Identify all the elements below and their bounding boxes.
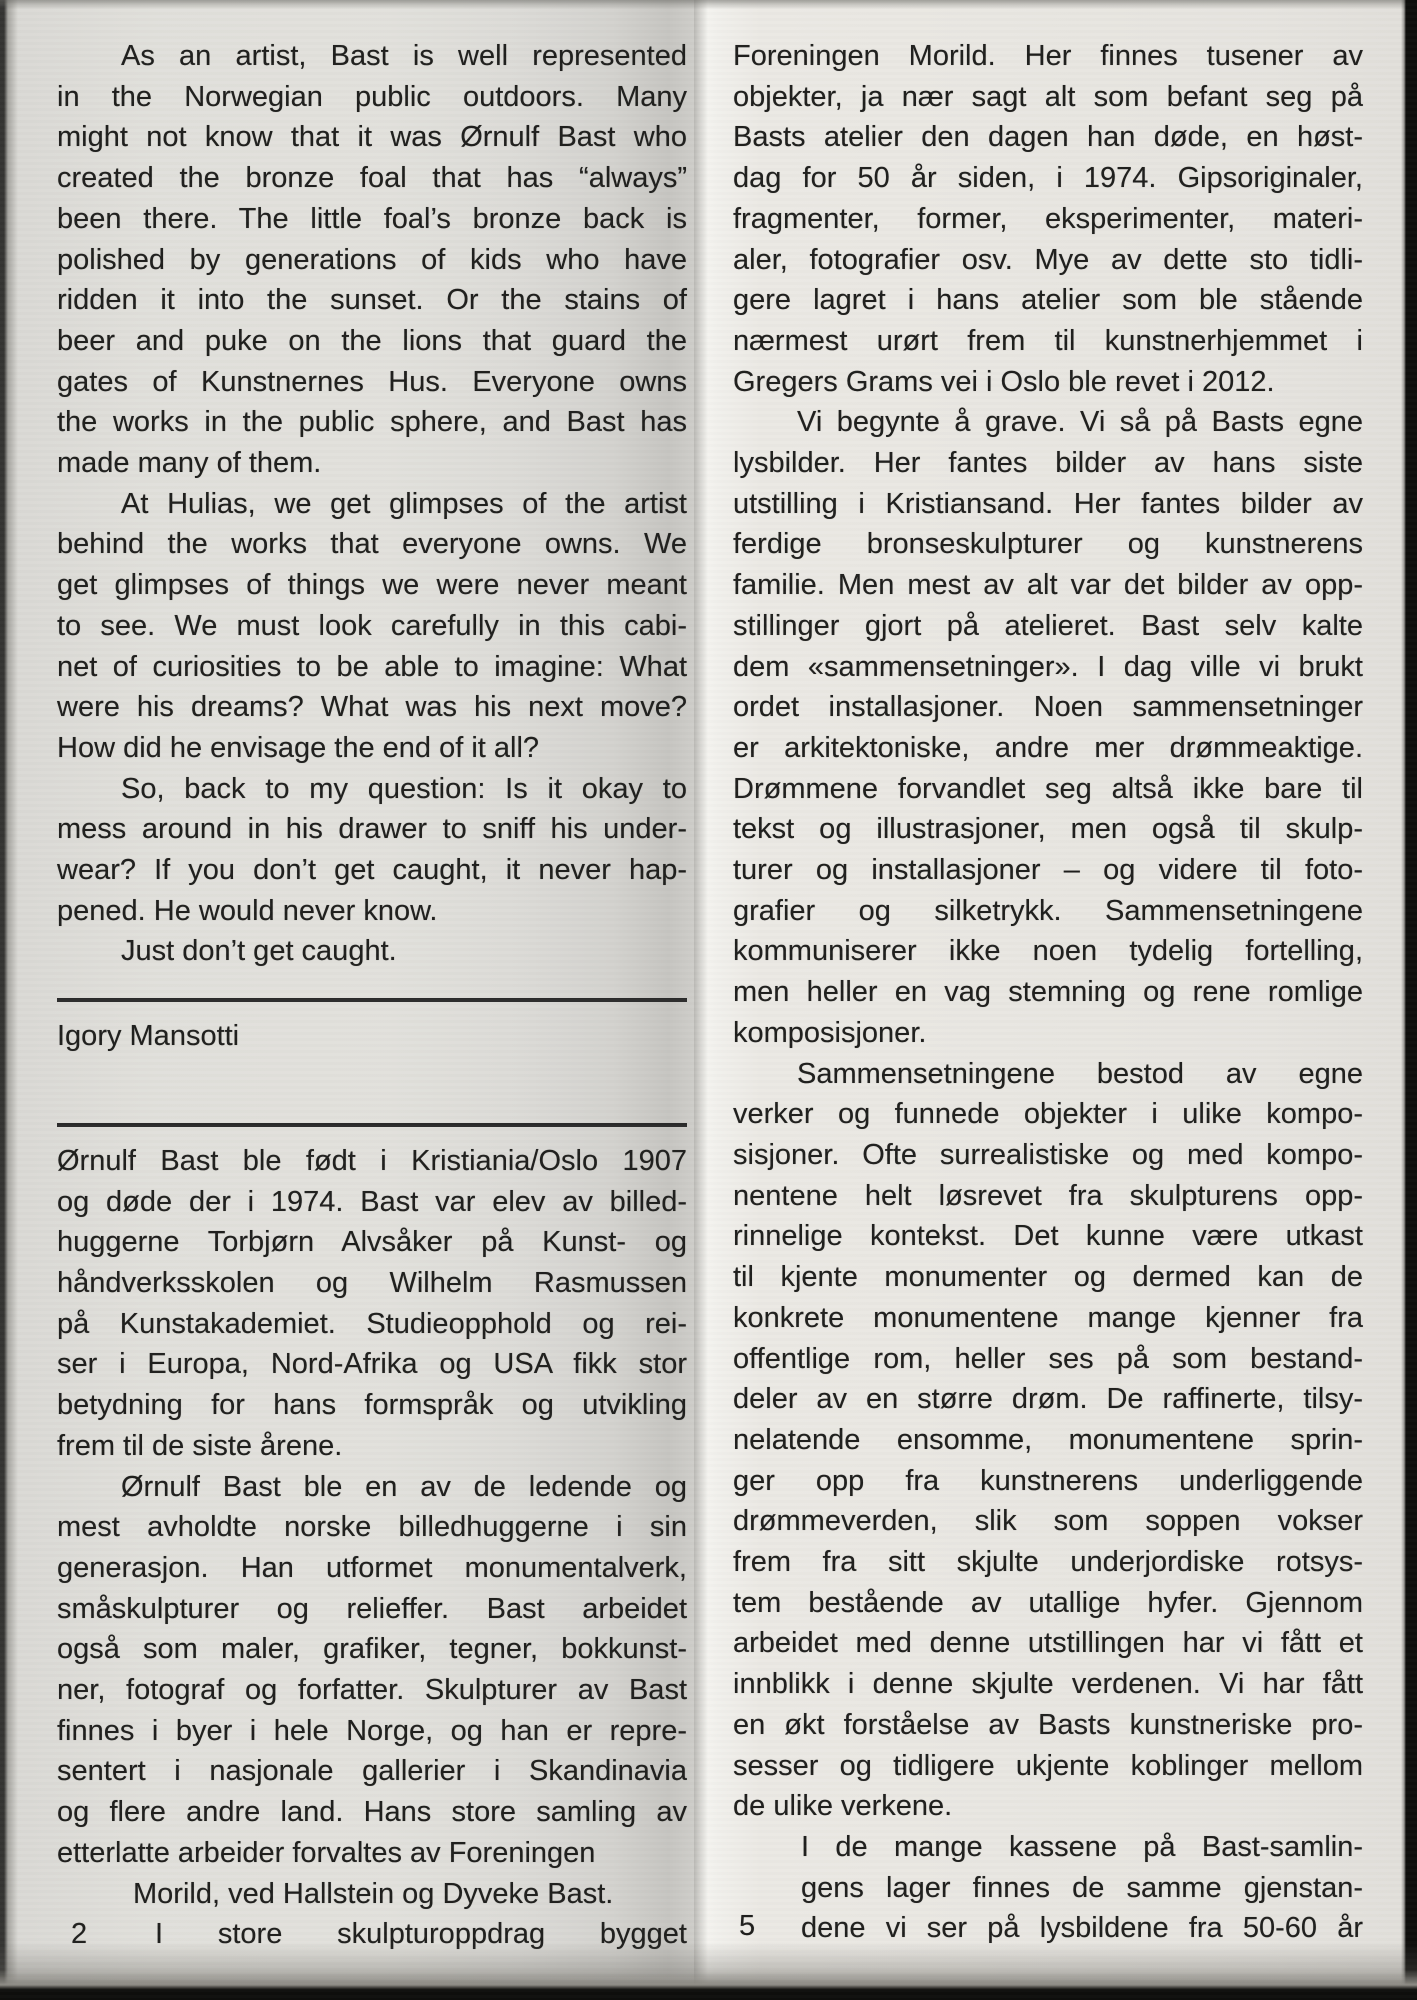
text-line: grafier og silketrykk. Sammensetningene (733, 891, 1363, 932)
page-gutter-fold (694, 0, 718, 2000)
text-line: Basts atelier den dagen han døde, en høs… (733, 117, 1363, 158)
text-line: nelatende ensomme, monumentene sprin- (733, 1420, 1363, 1461)
text-line: komposisjoner. (733, 1013, 1363, 1054)
text-line: på Kunstakademiet. Studieopphold og rei- (57, 1304, 687, 1345)
text-line: tekst og illustrasjoner, men også til sk… (733, 809, 1363, 850)
right-page-text-column: Foreningen Morild. Her finnes tusener av… (733, 36, 1363, 1949)
text-line: men heller en vag stemning og rene romli… (733, 972, 1363, 1013)
text-line: behind the works that everyone owns. We (57, 524, 687, 565)
text-line: How did he envisage the end of it all? (57, 728, 687, 769)
text-line: ridden it into the sunset. Or the stains… (57, 280, 687, 321)
paragraph: Ørnulf Bast ble født i Kristiania/Oslo 1… (57, 1141, 687, 1467)
text-line: småskulpturer og relieffer. Bast arbeide… (57, 1589, 687, 1630)
text-line: gere lagret i hans atelier som ble ståen… (733, 280, 1363, 321)
text-line: Vi begynte å grave. Vi så på Basts egne (733, 402, 1363, 443)
text-line: dag for 50 år siden, i 1974. Gipsorigina… (733, 158, 1363, 199)
text-line: wear? If you don’t get caught, it never … (57, 850, 687, 891)
text-line: in the Norwegian public outdoors. Many (57, 77, 687, 118)
text-line: aler, fotografier osv. Mye av dette sto … (733, 240, 1363, 281)
text-line: get glimpses of things we were never mea… (57, 565, 687, 606)
text-line: innblikk i denne skjulte verdenen. Vi ha… (733, 1664, 1363, 1705)
section-rule (57, 998, 687, 1002)
text-line: the works in the public sphere, and Bast… (57, 402, 687, 443)
text-line: stillinger gjort på atelieret. Bast selv… (733, 606, 1363, 647)
text-line: net of curiosities to be able to imagine… (57, 647, 687, 688)
text-line: finnes i byer i hele Norge, og han er re… (57, 1711, 687, 1752)
paragraph: 5I de mange kassene på Bast-samlin-gens … (733, 1827, 1363, 1949)
text-line: sentert i nasjonale gallerier i Skandina… (57, 1751, 687, 1792)
text-line: sisjoner. Ofte surrealistiske og med kom… (733, 1135, 1363, 1176)
text-line: dem «sammensetninger». I dag ville vi br… (733, 647, 1363, 688)
text-line: pened. He would never know. (57, 891, 687, 932)
text-line: mess around in his drawer to sniff his u… (57, 809, 687, 850)
wrapped-line: Morild, ved Hallstein og Dyveke Bast. (57, 1874, 687, 1915)
scan-edge-left (0, 0, 18, 2000)
text-line: konkrete monumentene mange kjenner fra (733, 1298, 1363, 1339)
text-line: generasjon. Han utformet monumentalverk, (57, 1548, 687, 1589)
text-line: At Hulias, we get glimpses of the artist (57, 484, 687, 525)
text-line: gates of Kunstnernes Hus. Everyone owns (57, 362, 687, 403)
text-line: tem bestående av utallige hyfer. Gjennom (733, 1583, 1363, 1624)
text-line: beer and puke on the lions that guard th… (57, 321, 687, 362)
text-line: created the bronze foal that has “always… (57, 158, 687, 199)
text-line: arbeidet med denne utstillingen har vi f… (733, 1623, 1363, 1664)
text-line: made many of them. (57, 443, 687, 484)
text-line: verker og funnede objekter i ulike kompo… (733, 1094, 1363, 1135)
text-line: utstilling i Kristiansand. Her fantes bi… (733, 484, 1363, 525)
text-line: ger opp fra kunstnerens underliggende (733, 1461, 1363, 1502)
paragraph: Just don’t get caught. (57, 931, 687, 972)
text-line: kommuniserer ikke noen tydelig fortellin… (733, 931, 1363, 972)
text-line: er arkitektoniske, andre mer drømmeaktig… (733, 728, 1363, 769)
text-line: to see. We must look carefully in this c… (57, 606, 687, 647)
paragraph: Ørnulf Bast ble en av de ledende ogmest … (57, 1467, 687, 1874)
paragraph: So, back to my question: Is it okay tome… (57, 769, 687, 932)
text-line: might not know that it was Ørnulf Bast w… (57, 117, 687, 158)
text-line: og døde der i 1974. Bast var elev av bil… (57, 1182, 687, 1223)
text-line: sesser og tidligere ukjente koblinger me… (733, 1746, 1363, 1787)
text-line: were his dreams? What was his next move? (57, 687, 687, 728)
text-line: nærmest urørt frem til kunstnerhjemmet i (733, 321, 1363, 362)
text-line: huggerne Torbjørn Alvsåker på Kunst- og (57, 1222, 687, 1263)
text-line: også som maler, grafiker, tegner, bokkun… (57, 1629, 687, 1670)
scan-edge-right (1401, 0, 1417, 2000)
paragraph: Foreningen Morild. Her finnes tusener av… (733, 36, 1363, 402)
text-line: frem fra sitt skjulte underjordiske rots… (733, 1542, 1363, 1583)
text-line: betydning for hans formspråk og utviklin… (57, 1385, 687, 1426)
paragraph: Sammensetningene bestod av egneverker og… (733, 1054, 1363, 1827)
section-rule (57, 1123, 687, 1127)
byline: Igory Mansotti (57, 1016, 687, 1057)
text-line: polished by generations of kids who have (57, 240, 687, 281)
text-line: de ulike verkene. (733, 1786, 1363, 1827)
text-line: objekter, ja nær sagt alt som befant seg… (733, 77, 1363, 118)
text-line: So, back to my question: Is it okay to (57, 769, 687, 810)
text-line: Foreningen Morild. Her finnes tusener av (733, 36, 1363, 77)
paragraph: At Hulias, we get glimpses of the artist… (57, 484, 687, 769)
text-line: en økt forståelse av Basts kunstneriske … (733, 1705, 1363, 1746)
text-line: Ørnulf Bast ble en av de ledende og (57, 1467, 687, 1508)
scan-edge-top (0, 0, 1417, 9)
text-line: drømmeverden, slik som soppen vokser (733, 1501, 1363, 1542)
text-line: fragmenter, former, eksperimenter, mater… (733, 199, 1363, 240)
text-line: I de mange kassene på Bast-samlin- (801, 1827, 1363, 1868)
text-line: og flere andre land. Hans store samling … (57, 1792, 687, 1833)
text-line: ser i Europa, Nord-Afrika og USA fikk st… (57, 1344, 687, 1385)
text-line: mest avholdte norske billedhuggerne i si… (57, 1507, 687, 1548)
scanned-page-spread: As an artist, Bast is well representedin… (0, 0, 1417, 2000)
text-line: familie. Men mest av alt var det bilder … (733, 565, 1363, 606)
text-line: been there. The little foal’s bronze bac… (57, 199, 687, 240)
scan-edge-bottom (0, 1942, 1417, 2000)
text-line: etterlatte arbeider forvaltes av Forenin… (57, 1833, 687, 1874)
text-line: deler av en større drøm. De raffinerte, … (733, 1379, 1363, 1420)
paragraph: As an artist, Bast is well representedin… (57, 36, 687, 484)
text-line: nentene helt løsrevet fra skulpturens op… (733, 1176, 1363, 1217)
text-line: rinnelige kontekst. Det kunne være utkas… (733, 1216, 1363, 1257)
paragraph: Vi begynte å grave. Vi så på Basts egnel… (733, 402, 1363, 1053)
left-page-text-column: As an artist, Bast is well representedin… (57, 36, 687, 1955)
text-line: Drømmene forvandlet seg altså ikke bare … (733, 769, 1363, 810)
text-line: ner, fotograf og forfatter. Skulpturer a… (57, 1670, 687, 1711)
text-line: ferdige bronseskulpturer og kunstnerens (733, 524, 1363, 565)
text-line: Gregers Grams vei i Oslo ble revet i 201… (733, 362, 1363, 403)
text-line: ordet installasjoner. Noen sammensetning… (733, 687, 1363, 728)
text-line: Sammensetningene bestod av egne (733, 1054, 1363, 1095)
text-line: til kjente monumenter og dermed kan de (733, 1257, 1363, 1298)
text-line: gens lager finnes de samme gjenstan- (801, 1868, 1363, 1909)
text-line: Just don’t get caught. (57, 931, 687, 972)
text-line: offentlige rom, heller ses på som bestan… (733, 1339, 1363, 1380)
page-number: 5 (739, 1906, 755, 1947)
text-line: frem til de siste årene. (57, 1426, 687, 1467)
text-line: lysbilder. Her fantes bilder av hans sis… (733, 443, 1363, 484)
text-line: håndverksskolen og Wilhelm Rasmussen (57, 1263, 687, 1304)
text-line: turer og installasjoner – og videre til … (733, 850, 1363, 891)
text-line: Ørnulf Bast ble født i Kristiania/Oslo 1… (57, 1141, 687, 1182)
text-line: As an artist, Bast is well represented (57, 36, 687, 77)
